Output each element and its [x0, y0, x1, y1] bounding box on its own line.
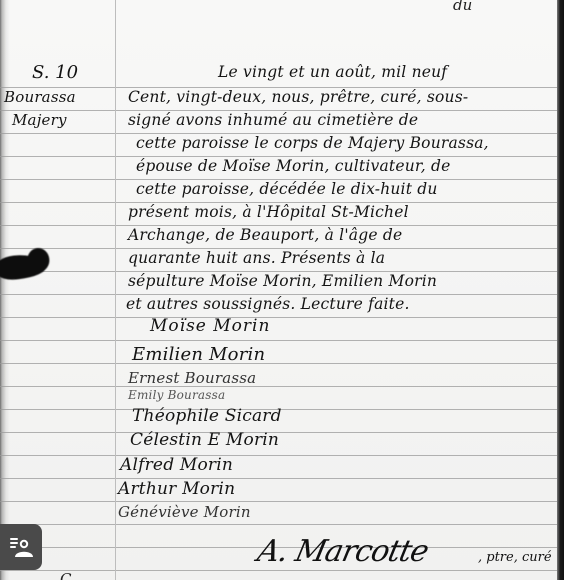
transcript-toggle-button[interactable] — [0, 524, 42, 570]
signature: Ernest Bourassa — [128, 369, 256, 387]
ruled-line — [0, 317, 557, 318]
ruled-line — [0, 455, 557, 456]
ruled-line — [0, 340, 557, 341]
body-line: épouse de Moïse Morin, cultivateur, de — [136, 157, 451, 175]
body-line: Cent, vingt-deux, nous, prêtre, curé, so… — [128, 88, 468, 106]
body-line: Le vingt et un août, mil neuf — [218, 63, 447, 81]
body-line: cette paroisse, décédée le dix-huit du — [136, 180, 438, 198]
signature: Arthur Morin — [118, 479, 235, 499]
body-line: présent mois, à l'Hôpital St-Michel — [128, 203, 409, 221]
bottom-fragment-text: C — [60, 570, 71, 580]
record-number: S. 10 — [32, 62, 78, 83]
ruled-line — [0, 386, 557, 387]
signature: Emily Bourassa — [128, 388, 225, 402]
signature: Alfred Morin — [120, 455, 233, 475]
signature: Théophile Sicard — [132, 406, 282, 426]
signature: Célestin E Morin — [130, 430, 279, 450]
signature: Moïse Morin — [150, 316, 270, 336]
body-line: signé avons inhumé au cimetière de — [128, 111, 418, 129]
margin-surname: Bourassa — [4, 88, 76, 106]
body-line: Archange, de Beauport, à l'âge de — [128, 226, 402, 244]
priest-title: , ptre, curé — [478, 550, 552, 565]
body-line: quarante huit ans. Présents à la — [128, 249, 385, 267]
priest-signature: A. Marcotte — [254, 534, 431, 569]
margin-line — [115, 0, 116, 580]
body-line: sépulture Moïse Morin, Emilien Morin — [128, 272, 437, 290]
ruled-line — [0, 501, 557, 502]
list-person-icon — [7, 533, 35, 561]
body-line: cette paroisse le corps de Majery Bouras… — [136, 134, 489, 152]
signature: Généviève Morin — [118, 503, 251, 521]
ruled-line — [0, 363, 557, 364]
margin-given-name: Majery — [12, 111, 67, 129]
top-fragment-text: du — [453, 0, 472, 14]
ruled-line — [0, 570, 557, 571]
page-edge-shadow — [557, 0, 564, 580]
ruled-line — [0, 524, 557, 525]
document-viewer: du S. 10 Bourassa Majery Le vingt et un … — [0, 0, 564, 580]
signature: Emilien Morin — [132, 344, 265, 365]
ruled-line — [0, 478, 557, 479]
body-line: et autres soussignés. Lecture faite. — [126, 295, 410, 313]
